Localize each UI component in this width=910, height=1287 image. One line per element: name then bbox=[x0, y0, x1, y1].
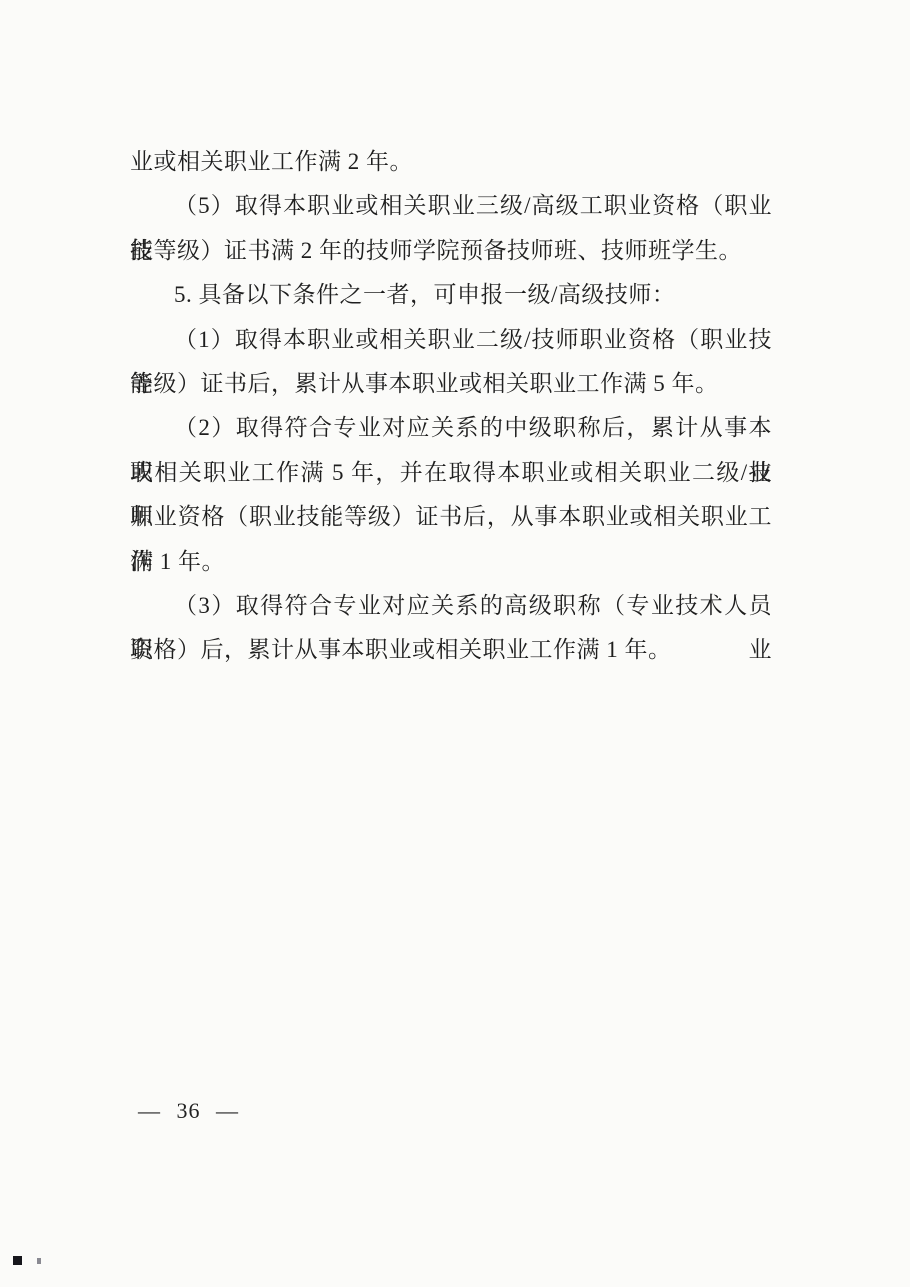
document-page: 业或相关职业工作满 2 年。 （5）取得本职业或相关职业三级/高级工职业资格（职… bbox=[0, 0, 910, 1287]
document-line: （2）取得符合专业对应关系的中级职称后，累计从事本职业 bbox=[130, 406, 772, 450]
scan-artifact bbox=[37, 1258, 41, 1264]
scan-artifact bbox=[13, 1256, 22, 1265]
document-line: 满 1 年。 bbox=[130, 540, 772, 584]
document-line: 业或相关职业工作满 2 年。 bbox=[130, 140, 772, 184]
document-line: 职业资格（职业技能等级）证书后，从事本职业或相关职业工作 bbox=[130, 495, 772, 539]
document-line: 能等级）证书满 2 年的技师学院预备技师班、技师班学生。 bbox=[130, 229, 772, 273]
document-line: 等级）证书后，累计从事本职业或相关职业工作满 5 年。 bbox=[130, 362, 772, 406]
document-body: 业或相关职业工作满 2 年。 （5）取得本职业或相关职业三级/高级工职业资格（职… bbox=[130, 140, 772, 673]
document-line: （1）取得本职业或相关职业二级/技师职业资格（职业技能 bbox=[130, 318, 772, 362]
document-line: （3）取得符合专业对应关系的高级职称（专业技术人员职业 bbox=[130, 584, 772, 628]
document-line: （5）取得本职业或相关职业三级/高级工职业资格（职业技 bbox=[130, 184, 772, 228]
document-line: 或相关职业工作满 5 年，并在取得本职业或相关职业二级/技师 bbox=[130, 451, 772, 495]
document-line: 5. 具备以下条件之一者，可申报一级/高级技师： bbox=[130, 273, 772, 317]
page-number: — 36 — bbox=[138, 1096, 239, 1126]
